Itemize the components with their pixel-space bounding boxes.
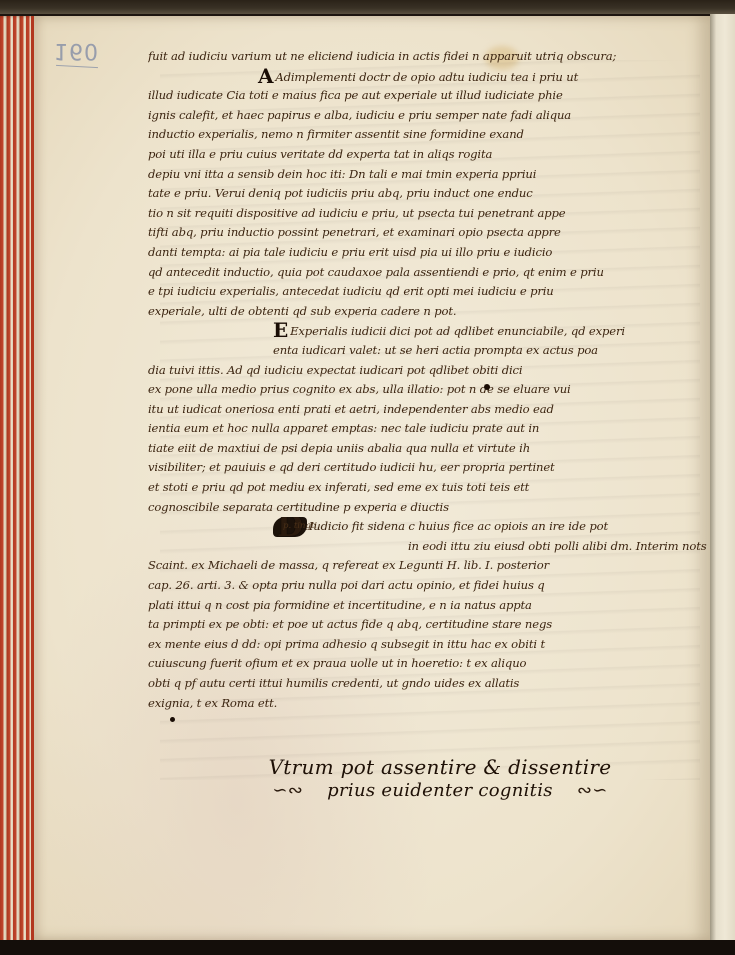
manuscript-text: fuit ad iudiciu varium ut ne eliciend iu… (148, 47, 716, 713)
text-line: Iudicio fit sidena c huius fice ac opioi… (309, 519, 608, 533)
text-line: exignia, t ex Roma ett. (148, 694, 716, 714)
ink-blot (484, 384, 490, 390)
initial-letter: E (273, 321, 288, 341)
text-line: tate e priu. Verui deniq pot iudiciis pr… (148, 184, 716, 204)
text-line: plati ittui q n cost pia formidine et in… (148, 596, 716, 616)
initial-letter: A (258, 67, 273, 87)
page-number: 160 (54, 38, 99, 63)
text-line: cognoscibile separata certitudine p expe… (148, 498, 716, 518)
heading-line-2-text: prius euidenter cognitis (327, 780, 553, 801)
ink-blot (170, 717, 175, 722)
text-line: dia tuivi ittis. Ad qd iudiciu expectat … (148, 361, 716, 381)
text-line: in eodi ittu ziu eiusd obti polli alibi … (148, 537, 716, 557)
text-line: illud iudicate Cia toti e maius fica pe … (148, 86, 716, 106)
text-line: tiate eiit de maxtiui de psi depia uniis… (148, 439, 716, 459)
text-line: danti tempta: ai pia tale iudiciu e priu… (148, 243, 716, 263)
text-line: ta primpti ex pe obti: et poe ut actus f… (148, 615, 716, 635)
text-line: poi uti illa e priu cuius veritate dd ex… (148, 145, 716, 165)
section-heading: Vtrum pot assentire & dissentire ∽∾ priu… (200, 755, 680, 803)
text-line: depiu vni itta a sensib dein hoc iti: Dn… (148, 165, 716, 185)
text-line: tio n sit requiti dispositive ad iudiciu… (148, 204, 716, 224)
text-line: cuiuscung fuerit ofium et ex praua uolle… (148, 654, 716, 674)
text-line: ientia eum et hoc nulla apparet emptas: … (148, 419, 716, 439)
text-line: ex pone ulla medio prius cognito ex abs,… (148, 380, 716, 400)
book-binding-bottom (0, 940, 735, 955)
text-line: tifti abq, priu inductio possint penetra… (148, 223, 716, 243)
text-line: Scaint. ex Michaeli de massa, q refereat… (148, 556, 716, 576)
text-line: itu ut iudicat oneriosa enti prati et ae… (148, 400, 716, 420)
text-line: ex mente eius d dd: opi prima adhesio q … (148, 635, 716, 655)
flourish-left-icon: ∽∾ (272, 779, 303, 803)
text-line: inductio experialis, nemo n firmiter ass… (148, 125, 716, 145)
text-line: ignis calefit, et haec papirus e alba, i… (148, 106, 716, 126)
text-line: Adimplementi doctr de opio adtu iudiciu … (275, 70, 578, 84)
text-line: fuit ad iudiciu varium ut ne eliciend iu… (148, 47, 716, 67)
text-line: qd antecedit inductio, quia pot caudaxoe… (148, 263, 716, 283)
flourish-right-icon: ∾∽ (577, 779, 608, 803)
text-line: visibiliter; et pauiuis e qd deri certit… (148, 458, 716, 478)
page-edges-red (0, 16, 36, 944)
text-line-paragraph-start: DIudicio fit sidena c huius fice ac opio… (148, 517, 716, 537)
heading-line-1: Vtrum pot assentire & dissentire (200, 755, 680, 779)
text-line: e tpi iudiciu experialis, antecedat iudi… (148, 282, 716, 302)
text-line: experiale, ulti de obtenti qd sub experi… (148, 302, 716, 322)
text-line: obti q pf autu certi ittui humilis crede… (148, 674, 716, 694)
heading-line-2: ∽∾ prius euidenter cognitis ∾∽ (200, 779, 680, 803)
text-line: enta iudicari valet: ut se heri actia pr… (148, 341, 716, 361)
interlinear-note: p. tingti. (283, 521, 320, 531)
book-binding-top (0, 0, 735, 14)
text-line-paragraph-start: AAdimplementi doctr de opio adtu iudiciu… (148, 67, 716, 87)
text-line: cap. 26. arti. 3. & opta priu nulla poi … (148, 576, 716, 596)
text-line: et stoti e priu qd pot mediu ex inferati… (148, 478, 716, 498)
text-line: Experialis iudicii dici pot ad qdlibet e… (290, 324, 625, 338)
text-line-paragraph-start: EExperialis iudicii dici pot ad qdlibet … (148, 321, 716, 341)
